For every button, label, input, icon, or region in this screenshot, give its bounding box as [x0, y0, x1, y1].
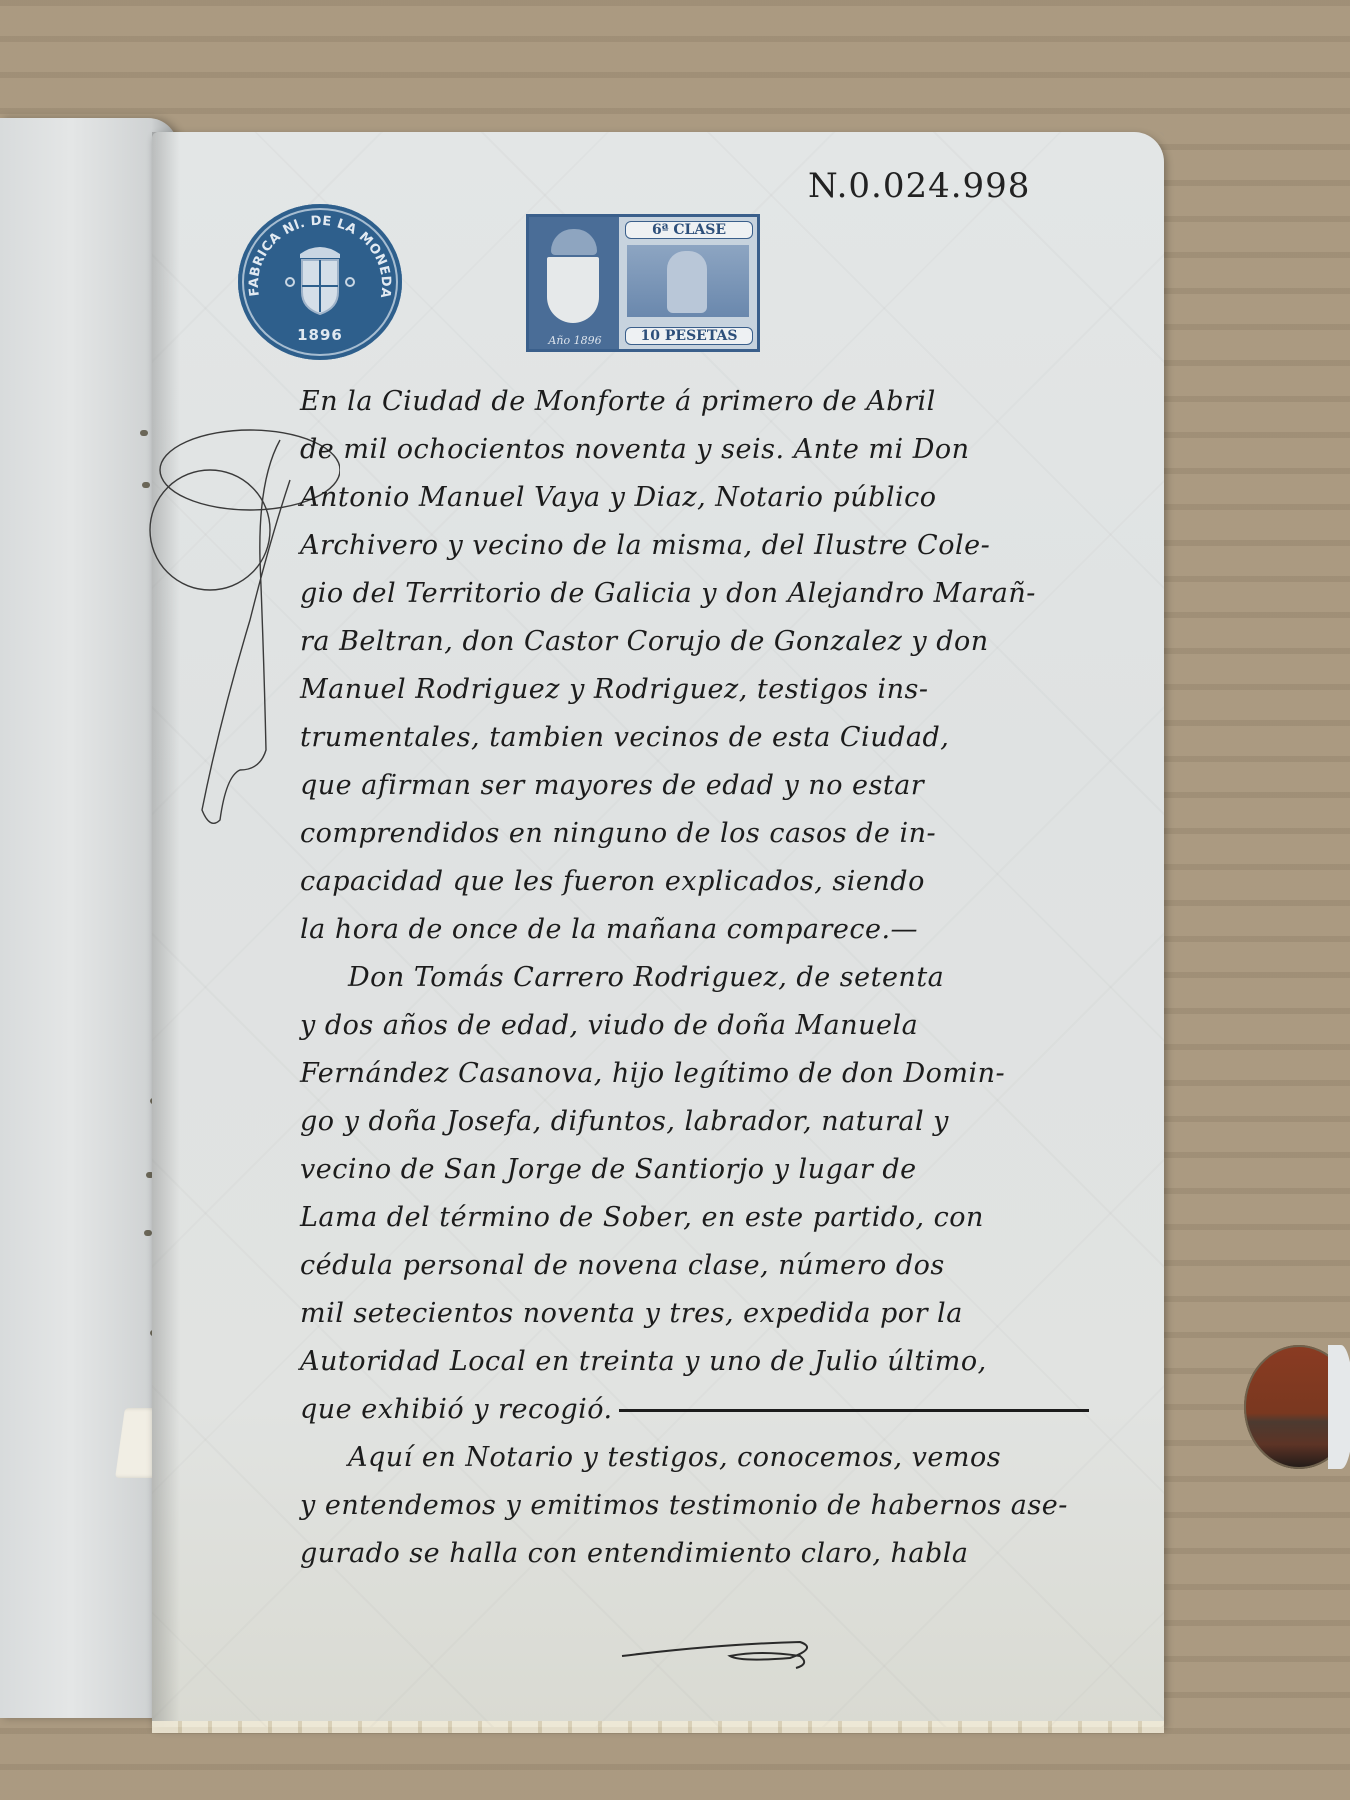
- text-line: gurado se halla con entendimiento claro,…: [300, 1530, 1140, 1578]
- revenue-stamp: Año 1896 6ª CLASE 10 PESETAS: [526, 214, 760, 352]
- text-line: que afirman ser mayores de edad y no est…: [300, 762, 1140, 810]
- text-line: y dos años de edad, viudo de doña Manuel…: [300, 1002, 1140, 1050]
- stamp-class: 6ª CLASE: [625, 221, 753, 239]
- text-line: la hora de once de la mañana comparece.—: [300, 906, 1140, 954]
- text-line: Aquí en Notario y testigos, conocemos, v…: [300, 1434, 1140, 1482]
- text-line: go y doña Josefa, difuntos, labrador, na…: [300, 1098, 1140, 1146]
- document-serial-number: N.0.024.998: [808, 166, 1030, 206]
- closing-rule: [619, 1409, 1089, 1412]
- text-line: comprendidos en ninguno de los casos de …: [300, 810, 1140, 858]
- page-gutter-shadow: [152, 132, 180, 1727]
- text-line: ra Beltran, don Castor Corujo de Gonzale…: [300, 618, 1140, 666]
- text-line: capacidad que les fueron explicados, sie…: [300, 858, 1140, 906]
- shield-icon: [547, 257, 599, 323]
- text-line: Archivero y vecino de la misma, del Ilus…: [300, 522, 1140, 570]
- official-seal: FABRICA Nl. DE LA MONEDA Y TIMBRE 1896: [238, 204, 402, 360]
- stamp-shield-panel: Año 1896: [529, 217, 619, 349]
- text-line: Fernández Casanova, hijo legítimo de don…: [300, 1050, 1140, 1098]
- binding-hole: [144, 1230, 152, 1236]
- seal-year: 1896: [238, 326, 402, 344]
- crown-icon: [551, 229, 597, 255]
- text-line: trumentales, tambien vecinos de esta Ciu…: [300, 714, 1140, 762]
- text-line: cédula personal de novena clase, número …: [300, 1242, 1140, 1290]
- text-line: Don Tomás Carrero Rodriguez, de setenta: [300, 954, 1140, 1002]
- text-line: gio del Territorio de Galicia y don Alej…: [300, 570, 1140, 618]
- seated-justice-icon: [627, 245, 749, 317]
- end-flourish-icon: [620, 1634, 820, 1674]
- text-line: Antonio Manuel Vaya y Diaz, Notario públ…: [300, 474, 1140, 522]
- text-line: vecino de San Jorge de Santiorjo y lugar…: [300, 1146, 1140, 1194]
- text-line: de mil ochocientos noventa y seis. Ante …: [300, 426, 1140, 474]
- text-line: mil setecientos noventa y tres, expedida…: [300, 1290, 1140, 1338]
- text-line: Manuel Rodriguez y Rodriguez, testigos i…: [300, 666, 1140, 714]
- text-line-with-rule: que exhibió y recogió.: [300, 1386, 1140, 1434]
- text-line: En la Ciudad de Monforte á primero de Ab…: [300, 378, 1140, 426]
- handwritten-deed-text: En la Ciudad de Monforte á primero de Ab…: [300, 378, 1140, 1578]
- stamp-value: 10 PESETAS: [625, 327, 753, 345]
- page-worn-edge: [152, 1721, 1164, 1733]
- stamp-year: Año 1896: [531, 334, 619, 347]
- text-line: que exhibió y recogió.: [300, 1394, 613, 1425]
- text-line: Lama del término de Sober, en este parti…: [300, 1194, 1140, 1242]
- text-line: Autoridad Local en treinta y uno de Juli…: [300, 1338, 1140, 1386]
- cardboard-cutout: [1244, 1345, 1350, 1469]
- text-line: y entendemos y emitimos testimonio de ha…: [300, 1482, 1140, 1530]
